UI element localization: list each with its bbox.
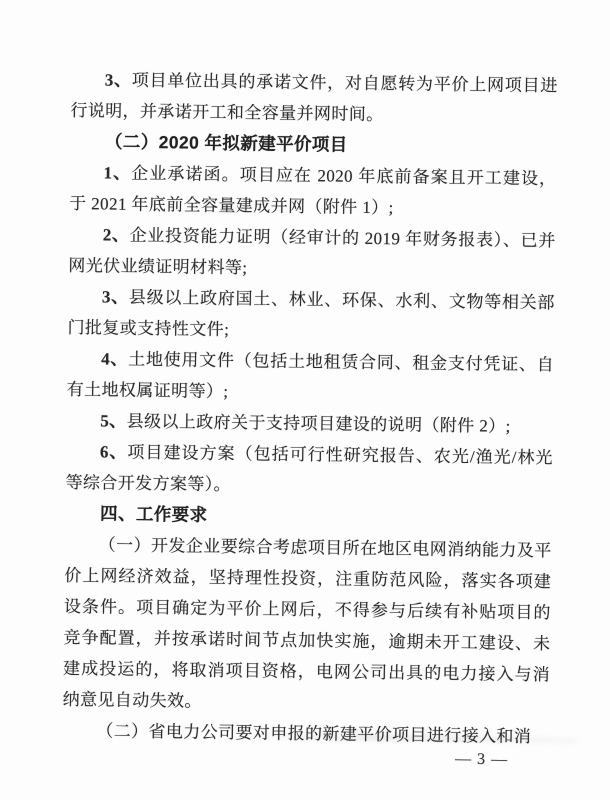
list-item-1: 1、企业承诺函。项目应在 2020 年底前备案且开工建设，于 2021 年底前全… <box>69 157 557 225</box>
item-text: 项目单位出具的承诺文件，对自愿转为平价上网项目进行说明，并承诺开工和全容量并网时… <box>70 71 558 124</box>
item-text: 企业承诺函。项目应在 2020 年底前备案且开工建设，于 2021 年底前全容量… <box>69 164 557 217</box>
paragraph-requirement-2: （二）省电力公司要对申报的新建平价项目进行接入和消 <box>62 715 549 752</box>
list-item-2: 2、企业投资能力证明（经审计的 2019 年财务报表）、已并网光伏业绩证明材料等… <box>68 219 556 287</box>
item-number: 6、 <box>100 442 128 461</box>
list-item-3-prev-section: 3、项目单位出具的承诺文件，对自愿转为平价上网项目进行说明，并承诺开工和全容量并… <box>70 64 558 132</box>
item-text: 企业投资能力证明（经审计的 2019 年财务报表）、已并网光伏业绩证明材料等; <box>68 226 556 278</box>
item-text: 县级以上政府国土、林业、环保、水利、文物等相关部门批复或支持性文件; <box>67 288 555 339</box>
item-number: 2、 <box>103 225 130 244</box>
item-text: 土地使用文件（包括土地租赁合同、租金支付凭证、自有土地权属证明等）; <box>67 350 555 401</box>
item-text: 项目建设方案（包括可行性研究报告、农光/渔光/林光等综合开发方案等）。 <box>65 443 553 494</box>
item-text: 开发企业要综合考虑项目所在地区电网消纳能力及平价上网经济效益，坚持理性投资，注重… <box>63 536 552 711</box>
item-number: 4、 <box>101 349 128 368</box>
document-body: 3、项目单位出具的承诺文件，对自愿转为平价上网项目进行说明，并承诺开工和全容量并… <box>62 64 558 752</box>
list-item-6: 6、项目建设方案（包括可行性研究报告、农光/渔光/林光等综合开发方案等）。 <box>65 436 553 504</box>
page-number: — 3 — <box>455 750 525 771</box>
item-text: 省电力公司要对申报的新建平价项目进行接入和消 <box>148 722 531 746</box>
item-number: 1、 <box>103 163 131 182</box>
item-number: 5、 <box>100 411 127 430</box>
paragraph-requirement-1: （一）开发企业要综合考虑项目所在地区电网消纳能力及平价上网经济效益，坚持理性投资… <box>62 529 551 721</box>
item-text: 县级以上政府关于支持项目建设的说明（附件 2）; <box>127 412 511 436</box>
list-item-3: 3、县级以上政府国土、林业、环保、水利、文物等相关部门批复或支持性文件; <box>67 281 555 349</box>
item-number: 3、 <box>102 287 129 306</box>
item-number: （二） <box>96 721 148 741</box>
item-number: （一） <box>99 535 152 555</box>
scanned-document-page: 3、项目单位出具的承诺文件，对自愿转为平价上网项目进行说明，并承诺开工和全容量并… <box>0 0 610 800</box>
list-item-4: 4、土地使用文件（包括土地租赁合同、租金支付凭证、自有土地权属证明等）; <box>67 343 555 411</box>
item-number: 3、 <box>105 70 132 89</box>
